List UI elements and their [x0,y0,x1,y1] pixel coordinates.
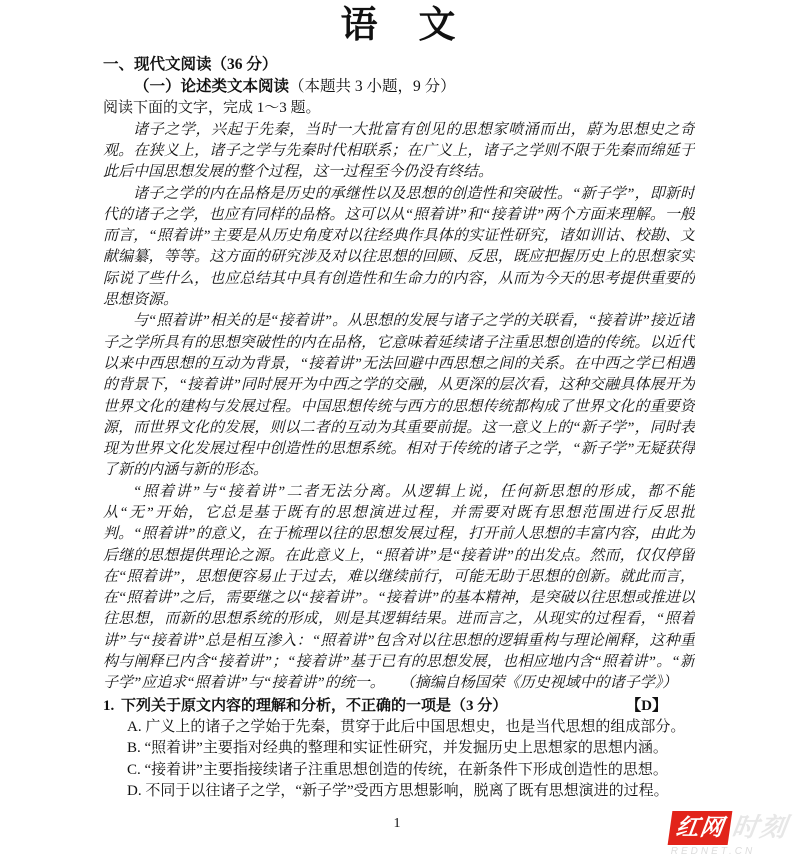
logo-moment-text: 时刻 [730,815,790,841]
passage-paragraph-2: 诸子之学的内在品格是历史的承继性以及思想的创造性和突破性。“新子学”，即新时代的… [103,184,695,312]
passage-paragraph-1: 诸子之学，兴起于先秦，当时一大批富有创见的思想家喷涌而出，蔚为思想史之奇观。在狭… [103,120,695,184]
answer-badge: 【D】 [626,696,667,717]
exam-page: 语 文 一、现代文阅读（36 分） （一）论述类文本阅读（本题共 3 小题，9 … [0,0,794,866]
question-options: A. 广义上的诸子之学始于先秦，贯穿于此后中国思想史，也是当代思想的组成部分。 … [127,717,695,802]
option-c: C. “接着讲”主要指接续诸子注重思想创造的传统，在新条件下形成创造性的思想。 [127,760,695,781]
section-heading: 一、现代文阅读（36 分） [103,54,695,76]
passage-paragraph-3: 与“照着讲”相关的是“接着讲”。从思想的发展与诸子之学的关联看，“接着讲”接近诸… [103,311,695,481]
exam-content: 语 文 一、现代文阅读（36 分） （一）论述类文本阅读（本题共 3 小题，9 … [103,4,695,812]
logo-tagline: REDNET.CN [638,846,788,857]
option-a: A. 广义上的诸子之学始于先秦，贯穿于此后中国思想史，也是当代思想的组成部分。 [127,717,695,738]
option-d: D. 不同于以往诸子之学，“新子学”受西方思想影响，脱离了既有思想演进的过程。 [127,781,695,802]
passage-citation: （摘编自杨国荣《历史视域中的诸子学》） [407,675,677,691]
question-1: 1.下列关于原文内容的理解和分析，不正确的一项是（3 分） 【D】 [103,696,695,717]
question-number: 1. [103,698,114,714]
logo-rednet-text: 红网 [668,811,733,845]
passage-paragraph-4-text: “照着讲”与“接着讲”二者无法分离。从逻辑上说，任何新思想的形成，都不能从“无”… [103,484,695,692]
option-b: B. “照着讲”主要指对经典的整理和实证性研究，并发掘历史上思想家的思想内涵。 [127,738,695,759]
subsection-note: （本题共 3 小题，9 分） [289,78,456,95]
question-stem: 下列关于原文内容的理解和分析，不正确的一项是（3 分） [121,698,507,714]
subsection-label: （一）论述类文本阅读 [134,78,289,95]
reading-instruction: 阅读下面的文字，完成 1～3 题。 [103,98,695,119]
reading-passage: 诸子之学，兴起于先秦，当时一大批富有创见的思想家喷涌而出，蔚为思想史之奇观。在狭… [103,120,695,695]
rednet-logo-row: 红网 时刻 [636,811,791,845]
page-title: 语 文 [103,4,695,48]
subsection-heading: （一）论述类文本阅读（本题共 3 小题，9 分） [103,76,695,98]
passage-paragraph-4: “照着讲”与“接着讲”二者无法分离。从逻辑上说，任何新思想的形成，都不能从“无”… [103,482,695,695]
question-stem-wrap: 1.下列关于原文内容的理解和分析，不正确的一项是（3 分） [103,696,507,717]
rednet-logo: 红网 时刻 REDNET.CN [638,811,788,857]
